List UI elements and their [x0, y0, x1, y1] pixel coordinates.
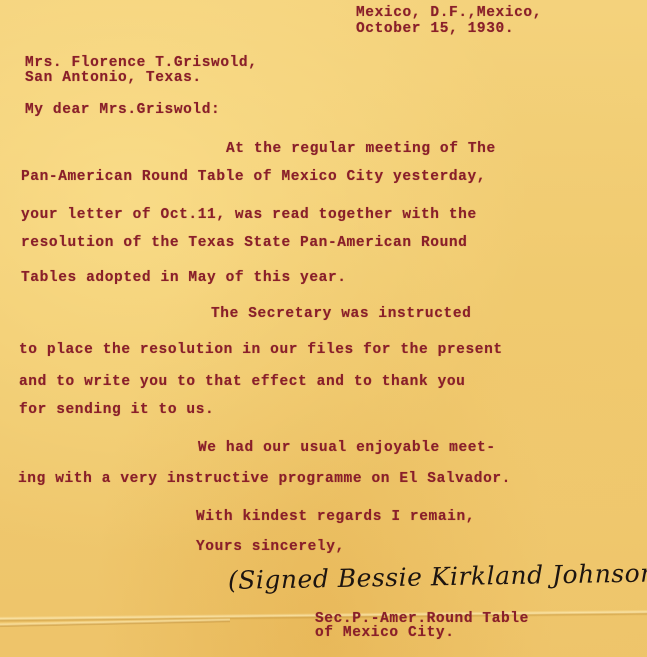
letter-page: Mexico, D.F.,Mexico, October 15, 1930. M…	[0, 0, 647, 657]
date-line: October 15, 1930.	[356, 21, 514, 37]
paragraph-1-line: At the regular meeting of The	[226, 141, 496, 157]
closing-line: Yours sincerely,	[196, 539, 345, 555]
recipient-name: Mrs. Florence T.Griswold,	[25, 55, 258, 71]
paragraph-2-line: for sending it to us.	[19, 402, 214, 418]
salutation: My dear Mrs.Griswold:	[25, 102, 220, 118]
place-line: Mexico, D.F.,Mexico,	[356, 5, 542, 21]
handwritten-signature: (Signed Bessie Kirkland Johnson),	[228, 558, 647, 595]
paragraph-1-line: Tables adopted in May of this year.	[21, 270, 347, 286]
paragraph-1-line: resolution of the Texas State Pan-Americ…	[21, 235, 467, 251]
paragraph-3-line: ing with a very instructive programme on…	[18, 471, 511, 487]
paragraph-1-line: your letter of Oct.11, was read together…	[21, 207, 477, 223]
recipient-location: San Antonio, Texas.	[25, 70, 202, 86]
paragraph-3-line: We had our usual enjoyable meet-	[198, 440, 496, 456]
closing-line: With kindest regards I remain,	[196, 509, 475, 525]
signer-title-line: of Mexico City.	[315, 625, 455, 641]
paragraph-2-line: to place the resolution in our files for…	[19, 342, 503, 358]
paragraph-1-line: Pan-American Round Table of Mexico City …	[21, 169, 486, 185]
paragraph-2-line: The Secretary was instructed	[211, 306, 471, 322]
paragraph-2-line: and to write you to that effect and to t…	[19, 374, 465, 390]
